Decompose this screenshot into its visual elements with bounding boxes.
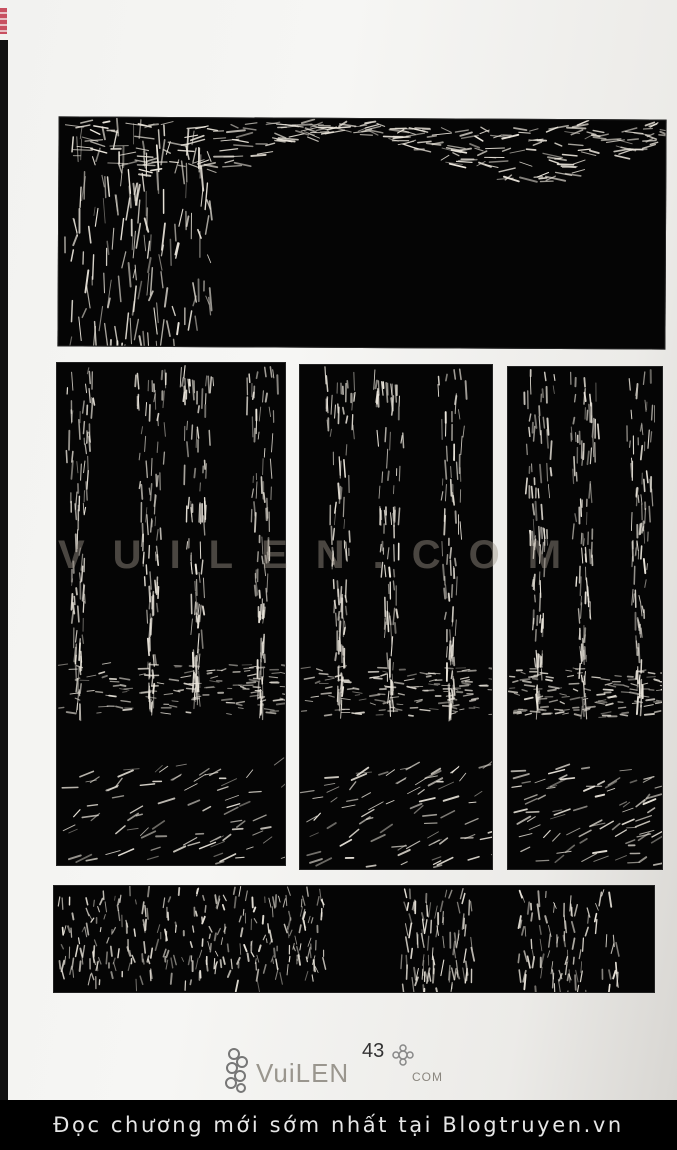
manga-page: VUILEN.COM VuiLEN 43 COM [0, 0, 677, 1100]
panel-2 [56, 362, 286, 866]
panel-1 [57, 116, 666, 349]
logo-tld: COM [412, 1070, 443, 1084]
panel-3 [299, 364, 493, 870]
scan-edge [0, 40, 8, 1100]
panel-art [300, 365, 492, 869]
logo-brand: VuiLEN [256, 1058, 349, 1089]
panel-art [57, 363, 285, 865]
page-number: 43 [362, 1040, 384, 1063]
footer-banner[interactable]: Đọc chương mới sớm nhất tại Blogtruyen.v… [0, 1100, 677, 1150]
scan-edge-mark [0, 8, 7, 34]
flower-icon [222, 1046, 256, 1094]
panel-art [508, 367, 662, 869]
panel-5 [53, 885, 655, 993]
flower-icon [392, 1044, 414, 1066]
watermark: VUILEN.COM [58, 535, 658, 575]
panel-art [54, 886, 654, 992]
site-logo: VuiLEN 43 COM [222, 1040, 472, 1098]
panel-art [58, 117, 665, 348]
panel-4 [507, 366, 663, 870]
footer-text[interactable]: Đọc chương mới sớm nhất tại Blogtruyen.v… [53, 1113, 624, 1137]
